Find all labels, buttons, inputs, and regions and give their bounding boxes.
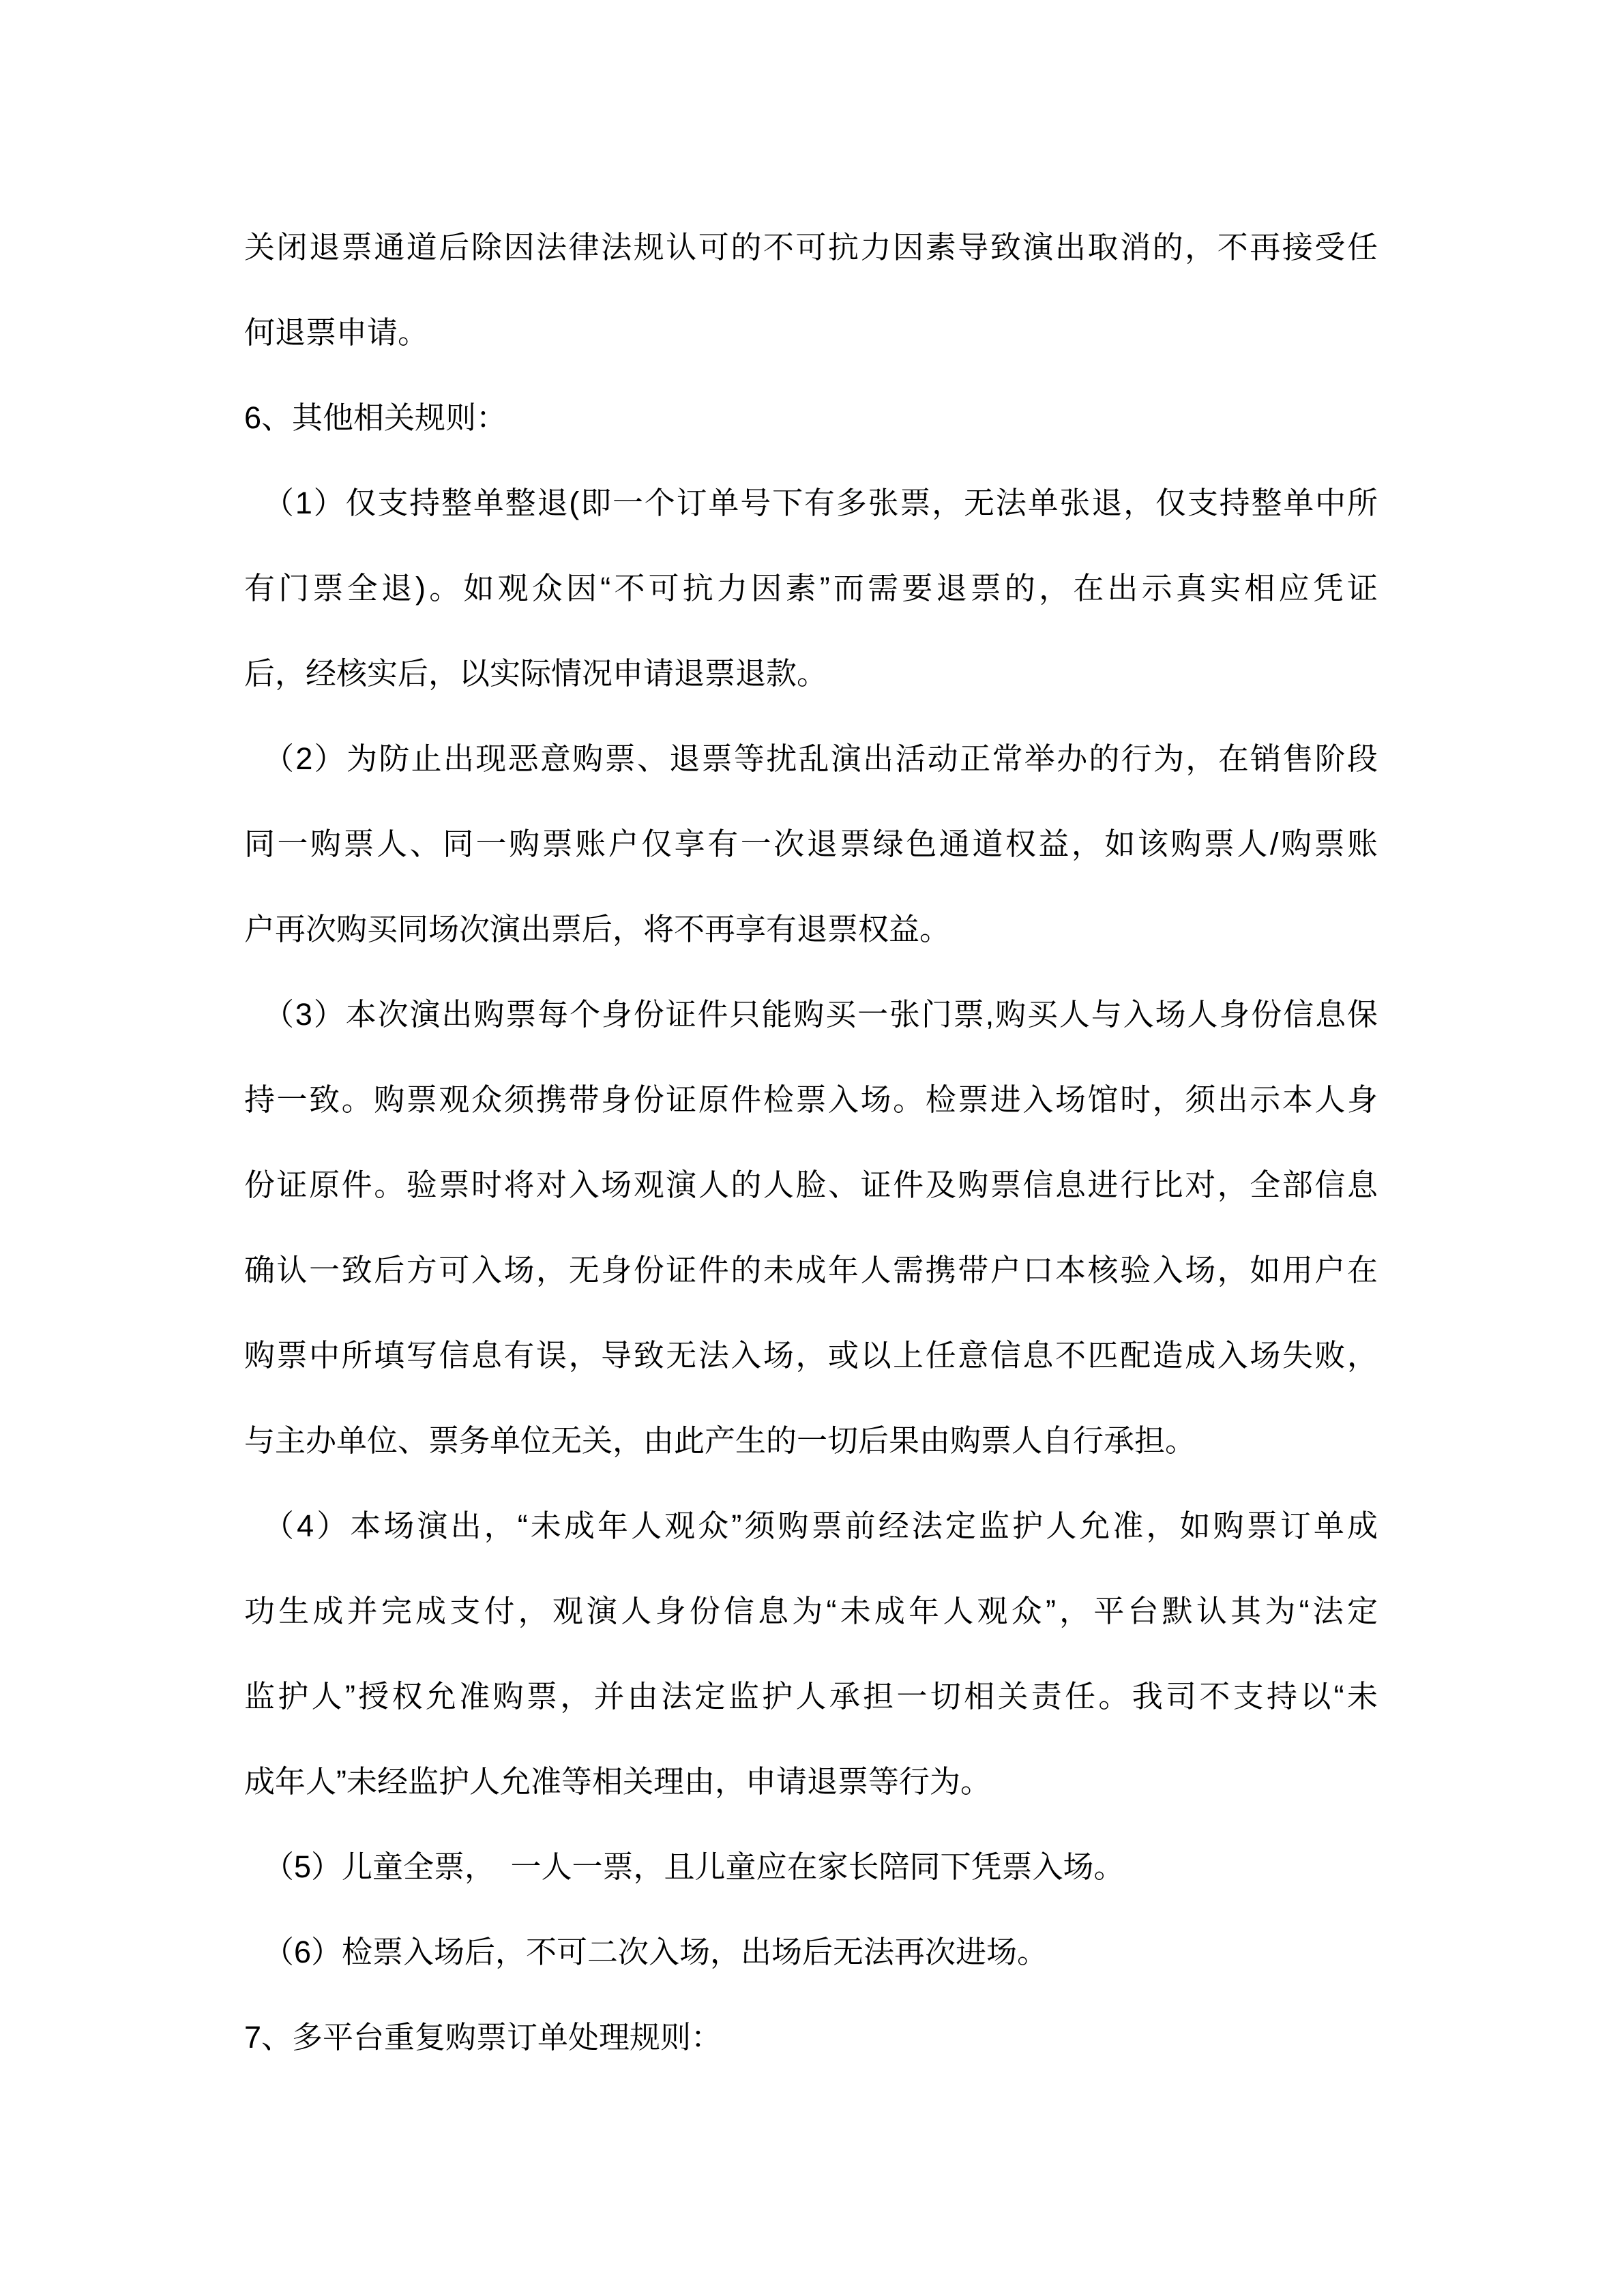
item-5-line: （5）儿童全票， 一人一票，且儿童应在家长陪同下凭票入场。 [244, 1824, 1378, 1909]
item-3-line-6: 与主办单位、票务单位无关，由此产生的一切后果由购票人自行承担。 [244, 1398, 1378, 1483]
item-3-line-2: 持一致。购票观众须携带身份证原件检票入场。检票进入场馆时，须出示本人身 [244, 1057, 1378, 1142]
item-1-line-3: 后，经核实后，以实际情况申请退票退款。 [244, 631, 1378, 716]
item-1-line-2: 有门票全退)。如观众因“不可抗力因素”而需要退票的，在出示真实相应凭证 [244, 546, 1378, 631]
document-page: 关闭退票通道后除因法律法规认可的不可抗力因素导致演出取消的，不再接受任 何退票申… [0, 0, 1624, 2296]
item-3-line-3: 份证原件。验票时将对入场观演人的人脸、证件及购票信息进行比对，全部信息 [244, 1142, 1378, 1227]
item-4-line-3: 监护人”授权允准购票，并由法定监护人承担一切相关责任。我司不支持以“未 [244, 1654, 1378, 1739]
para-refund-close-line-2: 何退票申请。 [244, 290, 1378, 375]
item-2-line-3: 户再次购买同场次演出票后，将不再享有退票权益。 [244, 886, 1378, 972]
para-refund-close-line-1: 关闭退票通道后除因法律法规认可的不可抗力因素导致演出取消的，不再接受任 [244, 205, 1378, 290]
item-2-line-1: （2）为防止出现恶意购票、退票等扰乱演出活动正常举办的行为，在销售阶段 [244, 716, 1378, 801]
item-3-line-1: （3）本次演出购票每个身份证件只能购买一张门票,购买人与入场人身份信息保 [244, 972, 1378, 1057]
item-1-line-1: （1）仅支持整单整退(即一个订单号下有多张票，无法单张退，仅支持整单中所 [244, 460, 1378, 546]
item-4-line-4: 成年人”未经监护人允准等相关理由，申请退票等行为。 [244, 1739, 1378, 1824]
item-2-line-2: 同一购票人、同一购票账户仅享有一次退票绿色通道权益，如该购票人/购票账 [244, 801, 1378, 886]
item-6-line: （6）检票入场后，不可二次入场，出场后无法再次进场。 [244, 1909, 1378, 1995]
item-3-line-4: 确认一致后方可入场，无身份证件的未成年人需携带户口本核验入场，如用户在 [244, 1227, 1378, 1313]
item-4-line-2: 功生成并完成支付，观演人身份信息为“未成年人观众”，平台默认其为“法定 [244, 1568, 1378, 1654]
section-6-heading: 6、其他相关规则： [244, 375, 1378, 460]
item-3-line-5: 购票中所填写信息有误，导致无法入场，或以上任意信息不匹配造成入场失败， [244, 1313, 1378, 1398]
section-7-heading: 7、多平台重复购票订单处理规则： [244, 1995, 1378, 2080]
item-4-line-1: （4）本场演出，“未成年人观众”须购票前经法定监护人允准，如购票订单成 [244, 1483, 1378, 1568]
